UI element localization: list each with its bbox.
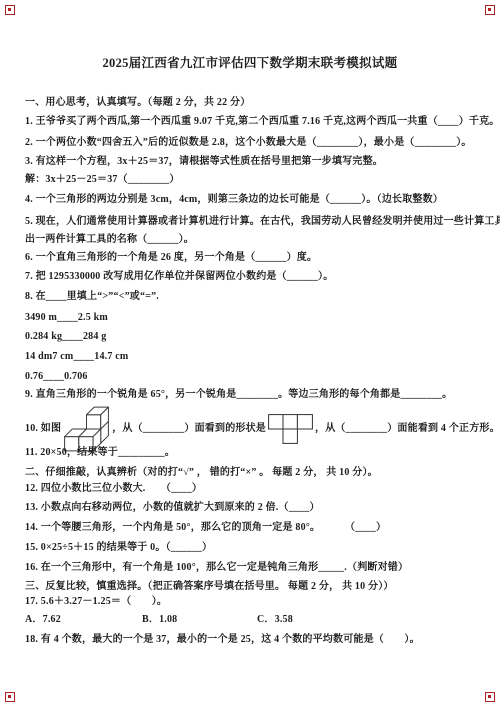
question-9: 9. 直角三角形的一个锐角是 65°，另一个锐角是________。等边三角形的… (25, 388, 452, 402)
question-11: 11. 20×50，结果等于_________。 (25, 446, 175, 460)
question-6: 6. 一个直角三角形的一个角是 26 度，另一个角是（______）度。 (25, 251, 317, 265)
corner-fiducial-top-left (5, 5, 15, 15)
section-1-heading: 一、用心思考，认真填写。（每题 2 分，共 22 分） (25, 96, 250, 110)
corner-fiducial-top-right (485, 5, 495, 15)
option-b: B．1.08 (142, 613, 177, 627)
question-8-item-3: 14 dm7 cm____14.7 cm (25, 350, 128, 364)
question-8: 8. 在____里填上“>”“<”或“=”. (25, 290, 159, 304)
corner-fiducial-bottom-left (5, 692, 15, 702)
question-14-answer-bracket: （____） (345, 521, 386, 535)
question-18: 18. 有 4 个数，最大的一个是 37，最小的一个是 25，这 4 个数的平均… (25, 633, 420, 647)
question-17: 17. 5.6＋3.27－1.25＝（ ）。 (25, 595, 167, 609)
question-1: 1. 王爷爷买了两个西瓜,第一个西瓜重 9.07 千克,第二个西瓜重 7.16 … (25, 115, 500, 129)
question-16: 16. 在一个三角形中，有一个角是 100°，那么它一定是钝角三角形_____.… (25, 561, 408, 575)
question-15: 15. 0×25÷5＋15 的结果等于 0。（______） (25, 541, 212, 555)
question-13: 13. 小数点向右移动两位，小数的值就扩大到原来的 2 倍.（____） (25, 501, 320, 515)
question-8-item-4: 0.76____0.706 (25, 370, 88, 384)
question-14: 14. 一个等腰三角形，一个内角是 50°，那么它的顶角一定是 80°。 （__… (25, 521, 320, 535)
question-5-line-2: 出一两件计算工具的名称（______）。 (25, 233, 194, 247)
exam-paper-page: 2025届江西省九江市评估四下数学期末联考模拟试题 一、用心思考，认真填写。（每… (0, 0, 500, 707)
corner-fiducial-bottom-right (485, 692, 495, 702)
question-5-line-1: 5. 现在，人们通常使用计算器或者计算机进行计算。在古代，我国劳动人民曾经发明并… (25, 215, 500, 229)
option-c: C．3.58 (257, 613, 293, 627)
question-14-text: 14. 一个等腰三角形，一个内角是 50°，那么它的顶角一定是 80°。 (25, 522, 320, 533)
t-shape-figure (268, 414, 313, 444)
question-4: 4. 一个三角形的两边分别是 3cm，4cm，则第三条边的边长可能是（_____… (25, 193, 443, 207)
page-title: 2025届江西省九江市评估四下数学期末联考模拟试题 (0, 53, 500, 71)
question-7: 7. 把 1295330000 改写成用亿作单位并保留两位小数约是（______… (25, 270, 333, 284)
question-2: 2. 一个两位小数“四舍五入”后的近似数是 2.8，这个小数最大是（______… (25, 136, 472, 150)
question-10-text-2: ，从（________）面看到的形状是 (112, 422, 266, 436)
question-10-text-3: ，从（________）面能看到 4 个正方形。 (315, 422, 500, 436)
option-a: A．7.62 (25, 613, 61, 627)
question-12: 12. 四位小数比三位小数大. （____） (25, 482, 202, 496)
question-3-solution-step: 解：3x＋25－25＝37（________） (25, 173, 180, 187)
question-8-item-2: 0.284 kg____284 g (25, 330, 106, 344)
section-2-heading: 二、仔细推敲，认真辨析（对的打“√” ， 错的打“×” 。 每题 2 分， 共 … (25, 466, 378, 480)
question-8-item-1: 3490 m____2.5 km (25, 311, 108, 325)
section-3-heading: 三、反复比较，慎重选择。（把正确答案序号填在括号里。 每题 2 分， 共 10 … (25, 580, 394, 594)
question-3: 3. 有这样一个方程，3x＋25＝37，请根据等式性质在括号里把第一步填写完整。 (25, 155, 383, 169)
question-10-text-1: 10. 如图 (25, 422, 61, 436)
